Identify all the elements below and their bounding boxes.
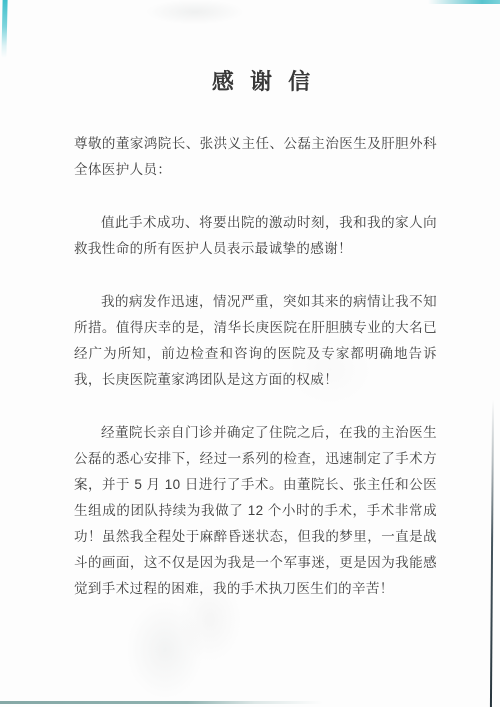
letter-body: 尊敬的董家鸿院长、张洪义主任、公磊主治医生及肝胆外科全体医护人员： 值此手术成功… [74, 131, 437, 602]
letter-title: 感 谢 信 [0, 69, 500, 95]
scanned-letter-page: 感 谢 信 尊敬的董家鸿院长、张洪义主任、公磊主治医生及肝胆外科全体医护人员： … [0, 0, 500, 707]
scan-artifact-top-left-streak [1, 0, 7, 58]
scan-artifact-right-edge-line [490, 400, 494, 707]
letter-paragraph-1: 值此手术成功、将要出院的激动时刻，我和我的家人向救我性命的所有医护人员表示最诚挚… [74, 210, 437, 262]
letter-paragraph-3: 经董院长亲自门诊并确定了住院之后，在我的主治医生公磊的悉心安排下，经过一系列的检… [74, 420, 437, 602]
letter-paragraph-2: 我的病发作迅速，情况严重，突如其来的病情让我不知所措。值得庆幸的是，清华长庚医院… [74, 289, 437, 393]
letter-salutation: 尊敬的董家鸿院长、张洪义主任、公磊主治医生及肝胆外科全体医护人员： [74, 131, 437, 183]
scan-artifact-top-right-line [428, 0, 500, 4]
scan-artifact-bottom-line [0, 701, 340, 704]
